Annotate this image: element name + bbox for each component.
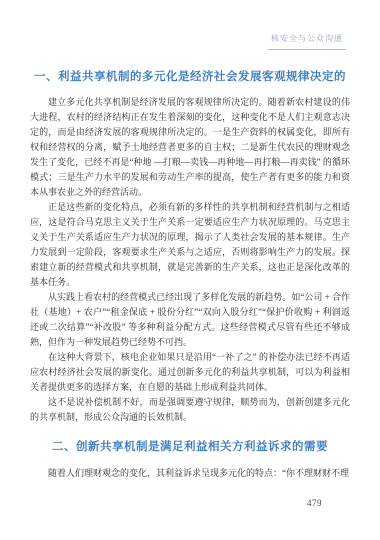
page-content: 一、利益共享机制的多元化是经济社会发展客观规律决定的 建立多元化共享机制是经济发… [0, 68, 380, 481]
section-1-paragraph-2: 正是这些新的变化特点，必须有新的多样性的共享机制和经营机制与之相适应，这是符合马… [30, 200, 350, 290]
section-1-paragraph-4: 在这种大背景下，核电企业如果只是沿用“一补了之” 的补偿办法已经不再适应农村经济… [30, 350, 350, 395]
section-1-heading: 一、利益共享机制的多元化是经济社会发展客观规律决定的 [30, 68, 350, 84]
section-2-paragraph-1: 随着人们理财观念的变化，其利益诉求呈现多元化的特点：“你不理财财不理 [30, 466, 350, 481]
section-1-paragraph-5: 这不是说补偿机制不好，而是强调要遵守规律，顺势而为，创新创建多元化的共享机制，形… [30, 395, 350, 425]
page-number: 479 [307, 498, 322, 508]
running-head-title: 核安全与公众沟通 [268, 34, 346, 50]
page-header: 核安全与公众沟通 [0, 34, 380, 50]
section-1-paragraph-3: 从实践上看农村的经营模式已经出现了多样化发展的新趋势。如“公司 + 合作社（基地… [30, 290, 350, 350]
section-1-paragraph-1: 建立多元化共享机制是经济发展的客观规律所决定的。随着新农村建设的伟大进程，农村的… [30, 95, 350, 200]
document-page: 核安全与公众沟通 一、利益共享机制的多元化是经济社会发展客观规律决定的 建立多元… [0, 0, 380, 540]
section-2-heading: 二、创新共享机制是满足利益相关方利益诉求的需要 [30, 438, 350, 454]
